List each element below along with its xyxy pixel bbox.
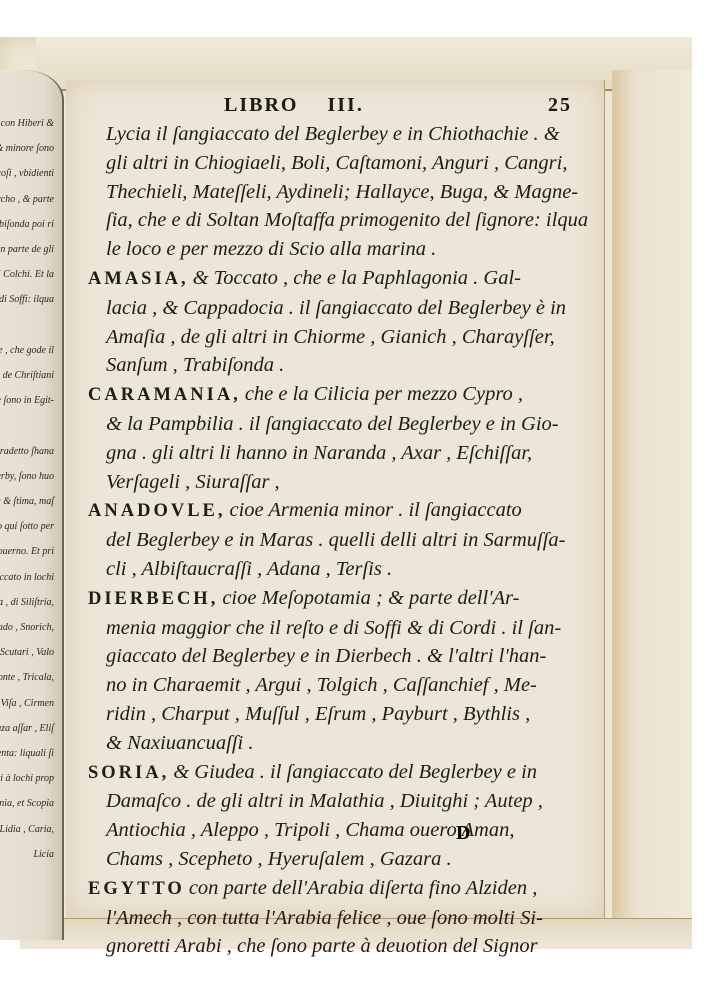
entry-dierbech: DIERBECH,cioe Meſopotamia ; & parte dell… xyxy=(88,584,588,758)
entry-egytto: EGYTTOcon parte dell'Arabia diſerta fino… xyxy=(88,874,588,961)
left-page-text-fragment: elgrado , Snorich, xyxy=(0,622,54,633)
left-page-text-fragment: laza aſſar , Eliſ xyxy=(0,723,54,734)
text-line: gli altri in Chiogiaeli, Boli, Caſtamoni… xyxy=(88,149,588,178)
continuation-paragraph: Lycia il ſangiaccato del Beglerbey e in … xyxy=(88,120,588,264)
entry-heading: ANADOVLE, xyxy=(88,501,226,521)
text-line: ſia, che e di Soltan Moſtaffa primogenit… xyxy=(88,206,588,235)
text-line: Damaſco . de gli altri in Malathia , Diu… xyxy=(88,787,588,816)
left-page-text-fragment: , Lidia , Caria, xyxy=(0,824,54,835)
entry-heading: CARAMANIA, xyxy=(88,385,241,405)
entry-amasia: AMASIA,& Toccato , che e la Paphlagonia … xyxy=(88,264,588,380)
left-page-text-fragment: con Hiberi & xyxy=(1,118,54,129)
text-line: cioe Armenia minor . il ſangiaccato xyxy=(230,499,522,521)
left-page-text-fragment: gouerno. Et pri xyxy=(0,546,54,557)
binding-right-turn-in xyxy=(612,70,692,930)
entry-heading: AMASIA, xyxy=(88,269,189,289)
left-page-text-fragment: e & ſtima, maſ xyxy=(0,496,54,507)
page-text-block: LIBRO III. 25 Lycia il ſangiaccato del B… xyxy=(88,94,588,961)
left-page-text-fragment: ato , Scutari , Valo xyxy=(0,647,54,658)
left-page-text-fragment: giaccato in lochi xyxy=(0,572,54,583)
text-line: giaccato del Beglerbey e in Dierbech . &… xyxy=(88,642,588,671)
text-line: cioe Meſopotamia ; & parte dell'Ar- xyxy=(222,587,519,609)
text-line: le loco e per mezzo di Scio alla marina … xyxy=(88,235,588,264)
text-line: & la Pampbilia . il ſangiaccato del Begl… xyxy=(88,410,588,439)
left-page-text-fragment: Albania, et Scopia xyxy=(0,798,54,809)
text-line: Antiochia , Aleppo , Tripoli , Chama oue… xyxy=(88,816,588,845)
text-line: che e la Cilicia per mezzo Cypro , xyxy=(245,383,523,405)
text-line: del Beglerbey e in Maras . quelli delli … xyxy=(88,526,588,555)
text-line: con parte dell'Arabia diſerta fino Alzid… xyxy=(189,877,538,899)
left-page-text-fragment: i & de Chriſtiani xyxy=(0,370,54,381)
left-page-text-fragment: & minore ſono xyxy=(0,143,54,154)
right-page: LIBRO III. 25 Lycia il ſangiaccato del B… xyxy=(66,80,605,918)
text-line: menia maggior che il reſto e di Soffi & … xyxy=(88,614,588,643)
text-line: Chams , Scepheto , Hyeruſalem , Gazara . xyxy=(88,845,588,874)
text-line: & Naxiuancuaſſi . xyxy=(88,729,588,758)
left-page-text-fragment: è di Soffi: ilqua xyxy=(0,294,54,305)
text-line: Amaſia , de gli altri in Chiorme , Giani… xyxy=(88,323,588,352)
left-page-text-fragment: oponte , Tricala, xyxy=(0,672,54,683)
left-page-text-fragment: o ſopradetto ſhana xyxy=(0,446,54,457)
left-page-text-fragment: urcho , & parte xyxy=(0,194,54,205)
text-line: Thechieli, Mateſſeli, Aydineli; Hallayce… xyxy=(88,178,588,207)
entry-heading: SORIA, xyxy=(88,763,169,783)
left-page-text-fragment: etti Colchi. Et la xyxy=(0,269,54,280)
left-page-fragment: con Hiberi && minore ſonoicoſi , vbidien… xyxy=(0,70,64,940)
left-page-text-fragment: rabiſonda poi ri xyxy=(0,219,54,230)
text-line: gnoretti Arabi , che ſono parte à deuoti… xyxy=(88,932,588,961)
signature-mark: D xyxy=(456,822,470,845)
left-page-text-fragment: o trenta: liquali ſi xyxy=(0,748,54,759)
entry-caramania: CARAMANIA,che e la Cilicia per mezzo Cyp… xyxy=(88,380,588,496)
text-line: gna . gli altri li hanno in Naranda , Ax… xyxy=(88,439,588,468)
text-line: ridin , Charput , Muſſul , Eſrum , Paybu… xyxy=(88,700,588,729)
text-line: Verſageli , Siuraſſar , xyxy=(88,468,588,497)
text-line: cli , Albiſtaucraſſi , Adana , Terſis . xyxy=(88,555,588,584)
left-page-text-fragment: Licia xyxy=(33,849,54,860)
text-line: & Toccato , che e la Paphlagonia . Gal- xyxy=(193,267,521,289)
left-page-text-fragment: ſe , Viſa , Cirmen xyxy=(0,698,54,709)
running-head: LIBRO III. 25 xyxy=(88,94,588,120)
entry-heading: DIERBECH, xyxy=(88,589,218,609)
left-page-text-fragment: icoſi , vbidienti xyxy=(0,168,54,179)
page-number: 25 xyxy=(548,94,572,117)
text-line: lacia , & Cappadocia . il ſangiaccato de… xyxy=(88,294,588,323)
entry-anadovle: ANADOVLE,cioe Armenia minor . il ſangiac… xyxy=(88,496,588,583)
entry-soria: SORIA,& Giudea . il ſangiaccato del Begl… xyxy=(88,758,588,874)
left-page-text-fragment: Caffa , di Siliſtria, xyxy=(0,597,54,608)
text-line: Sanſum , Trabiſonda . xyxy=(88,351,588,380)
left-page-text-fragment: , che ſono in Egit- xyxy=(0,395,54,406)
left-page-text-fragment: rmiti à lochi prop xyxy=(0,773,54,784)
left-page-text-fragment: Beglerby, ſono huo xyxy=(0,471,54,482)
text-line: Lycia il ſangiaccato del Beglerbey e in … xyxy=(88,120,588,149)
running-head-title: LIBRO III. xyxy=(224,94,364,117)
left-page-text-fragment: aro qui ſotto per xyxy=(0,521,54,532)
left-page-text-fragment: r con parte de gli xyxy=(0,244,54,255)
text-line: l'Amech , con tutta l'Arabia felice , ou… xyxy=(88,904,588,933)
entry-heading: EGYTTO xyxy=(88,879,185,899)
text-line: & Giudea . il ſangiaccato del Beglerbey … xyxy=(173,761,537,783)
left-page-text-fragment: paeſe , che gode il xyxy=(0,345,54,356)
text-line: no in Charaemit , Argui , Tolgich , Caſſ… xyxy=(88,671,588,700)
